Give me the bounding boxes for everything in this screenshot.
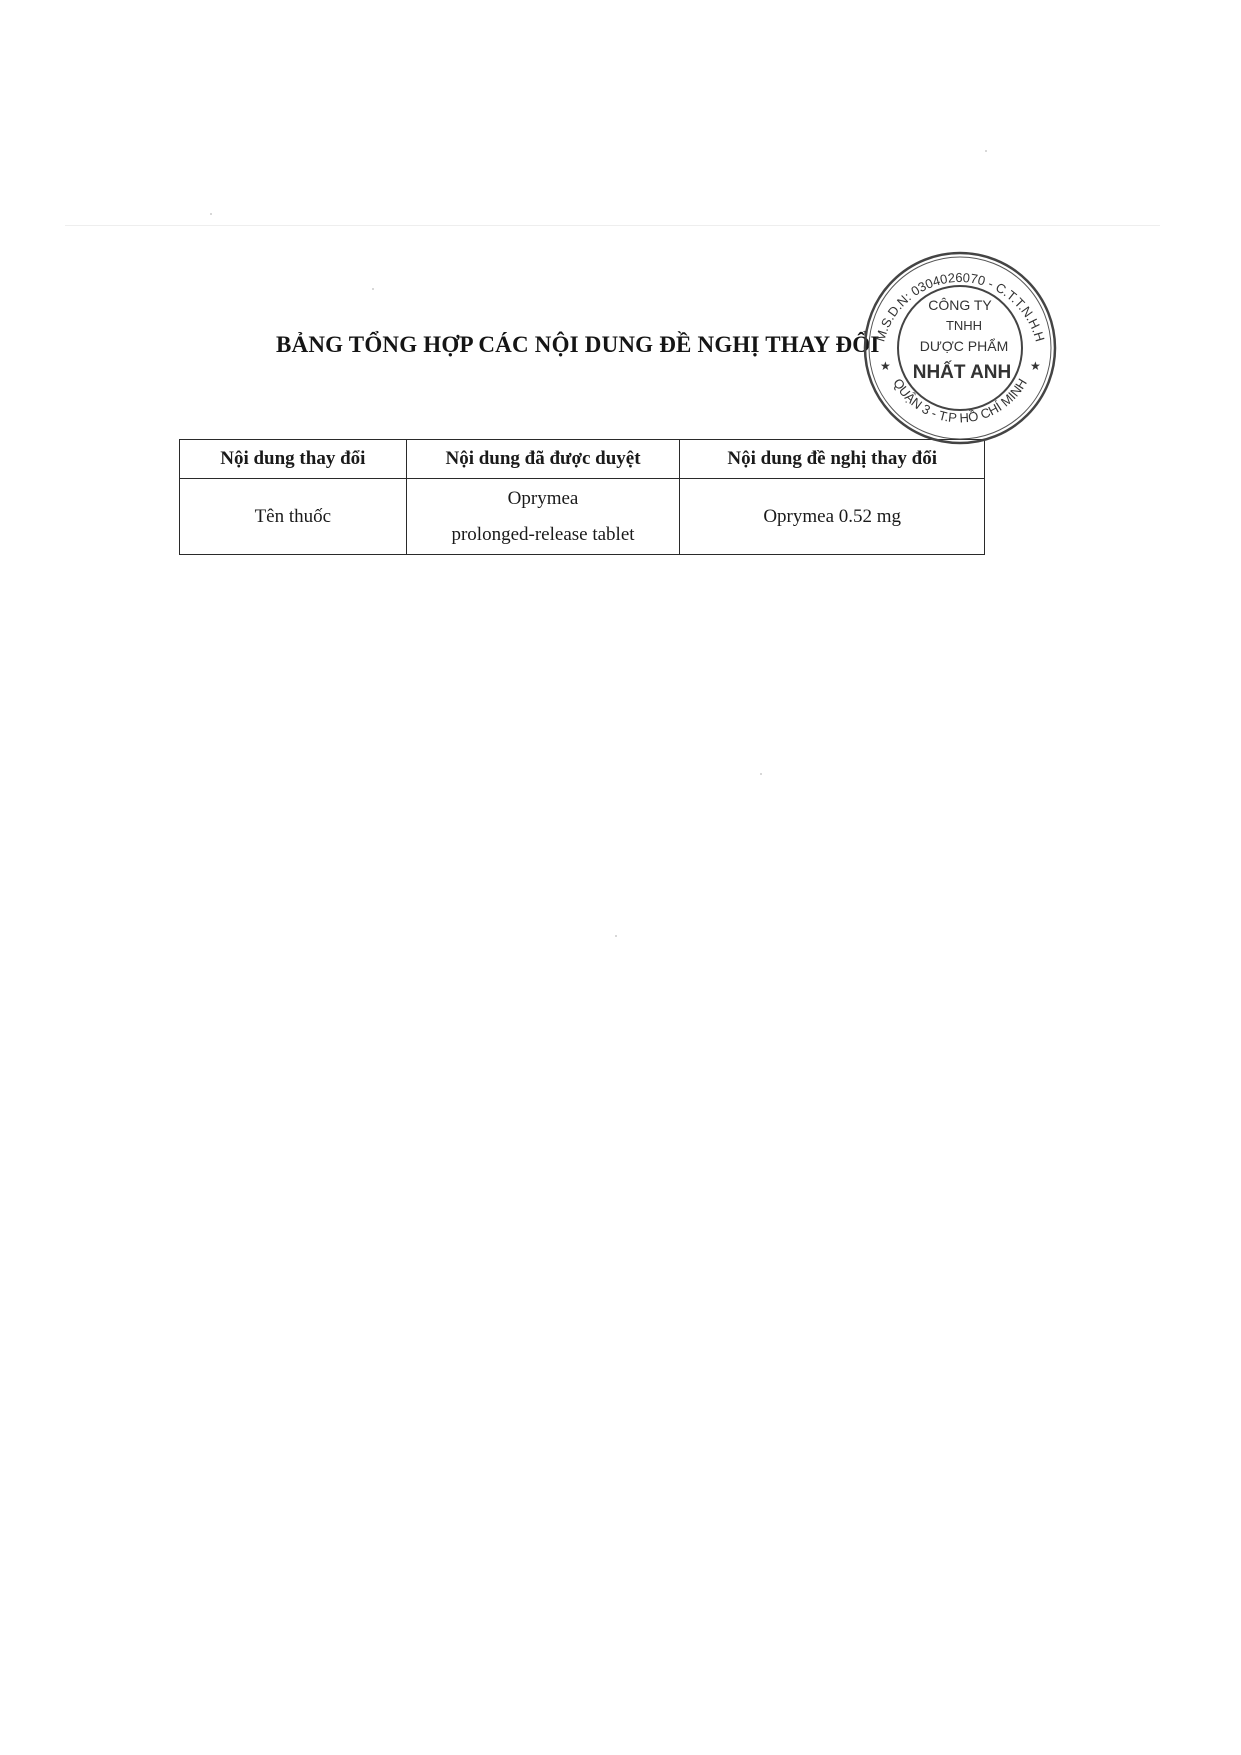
scan-artifact-line bbox=[65, 225, 1160, 226]
header-proposed-content: Nội dung đề nghị thay đổi bbox=[680, 440, 985, 479]
stamp-line-2: TNHH bbox=[946, 318, 982, 333]
scan-speck bbox=[760, 773, 762, 775]
cell-change-item: Tên thuốc bbox=[180, 479, 407, 555]
approved-line-2: prolonged-release tablet bbox=[407, 517, 680, 553]
cell-approved-content: Oprymea prolonged-release tablet bbox=[406, 479, 680, 555]
stamp-star-right-icon: ★ bbox=[1030, 359, 1041, 373]
stamp-line-1: CÔNG TY bbox=[928, 297, 992, 313]
document-title: BẢNG TỔNG HỢP CÁC NỘI DUNG ĐỀ NGHỊ THAY … bbox=[276, 332, 1036, 358]
scan-speck bbox=[372, 288, 374, 290]
scan-speck bbox=[210, 213, 212, 215]
header-change-item: Nội dung thay đổi bbox=[180, 440, 407, 479]
stamp-ring-bottom-text: QUẬN 3 - T.P HỒ CHÍ MINH bbox=[890, 376, 1030, 426]
stamp-line-4: NHẤT ANH bbox=[913, 361, 1012, 383]
cell-proposed-content: Oprymea 0.52 mg bbox=[680, 479, 985, 555]
table-row: Tên thuốc Oprymea prolonged-release tabl… bbox=[180, 479, 985, 555]
scan-speck bbox=[985, 150, 987, 152]
table-header-row: Nội dung thay đổi Nội dung đã được duyệt… bbox=[180, 440, 985, 479]
header-approved-content: Nội dung đã được duyệt bbox=[406, 440, 680, 479]
approved-line-1: Oprymea bbox=[407, 481, 680, 517]
scan-speck bbox=[615, 935, 617, 937]
stamp-star-left-icon: ★ bbox=[880, 359, 891, 373]
change-summary-table: Nội dung thay đổi Nội dung đã được duyệt… bbox=[179, 439, 985, 555]
